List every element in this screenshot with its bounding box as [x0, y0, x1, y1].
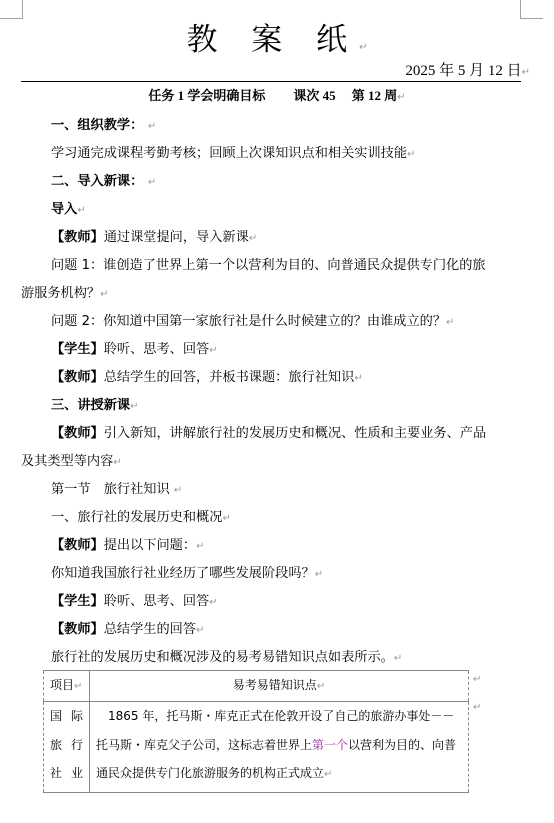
question-3: 你知道我国旅行社业经历了哪些发展阶段吗？↵	[51, 564, 323, 585]
row-end-mark: ↵	[473, 674, 481, 685]
table-header-item: 项目↵	[44, 671, 90, 702]
lesson-number: 课次 45	[293, 88, 335, 103]
paragraph-teacher-3-line-2: 及其类型等内容↵	[21, 452, 122, 473]
paragraph-teacher-3-line-1: 【教师】引入新知，讲解旅行社的发展历史和概况、性质和主要业务、产品	[51, 424, 486, 444]
paragraph-student-2: 【学生】聆听、思考、回答↵	[51, 592, 218, 613]
page-corner-mark-top-right	[520, 0, 543, 19]
lesson-info: 任务 1 学会明确目标课次 45第 12 周↵	[0, 86, 554, 108]
question-1-line-1: 问题 1：谁创造了世界上第一个以营利为目的、向普通民众提供专门化的旅	[51, 256, 486, 276]
paragraph-teacher-1: 【教师】通过课堂提问，导入新课↵	[51, 228, 257, 249]
paragraph-student-1: 【学生】聆听、思考、回答↵	[51, 340, 218, 361]
paragraph-teacher-4: 【教师】提出以下问题：↵	[51, 536, 204, 557]
header-rule	[21, 81, 521, 82]
question-1-line-2: 游服务机构？↵	[21, 284, 109, 305]
table-header-knowledge: 易考易错知识点↵	[90, 671, 469, 702]
knowledge-points-table: 项目↵ 易考易错知识点↵ 国际 旅行 社业 1865 年，托马斯・库克正式在伦敦…	[43, 670, 469, 793]
highlighted-text: 第一个	[312, 738, 348, 752]
section-heading-organize: 一、组织教学： ↵	[51, 116, 156, 137]
paragraph-teacher-5: 【教师】总结学生的回答↵	[51, 620, 204, 641]
page-corner-mark-top-left	[0, 0, 23, 19]
paragraph-teacher-2: 【教师】总结学生的回答，并板书课题：旅行社知识↵	[51, 368, 363, 389]
table-cell-knowledge: 1865 年，托马斯・库克正式在伦敦开设了自己的旅游办事处－－托马斯・库克父子公…	[90, 702, 469, 793]
week-number: 第 12 周	[352, 88, 398, 103]
row-end-mark: ↵	[473, 702, 481, 713]
chapter-title: 第一节 旅行社知识 ↵	[51, 480, 182, 501]
table-header-row: 项目↵ 易考易错知识点↵	[44, 671, 469, 702]
topic-title: 一、旅行社的发展历史和概况↵	[51, 508, 231, 529]
table-cell-item: 国际 旅行 社业	[44, 702, 90, 793]
section-heading-intro: 二、导入新课： ↵	[51, 172, 156, 193]
question-2: 问题 2：你知道中国第一家旅行社是什么时候建立的？由谁成立的？↵	[51, 312, 454, 333]
section-heading-teach: 三、讲授新课↵	[51, 396, 139, 417]
subheading-intro: 导入↵	[51, 200, 86, 221]
task-name: 任务 1 学会明确目标	[148, 88, 265, 103]
table-intro: 旅行社的发展历史和概况涉及的易考易错知识点如表所示。↵	[51, 648, 402, 669]
table-row: 国际 旅行 社业 1865 年，托马斯・库克正式在伦敦开设了自己的旅游办事处－－…	[44, 702, 469, 793]
paragraph-organize: 学习通完成课程考勤考核；回顾上次课知识点和相关实训技能↵	[51, 144, 415, 165]
